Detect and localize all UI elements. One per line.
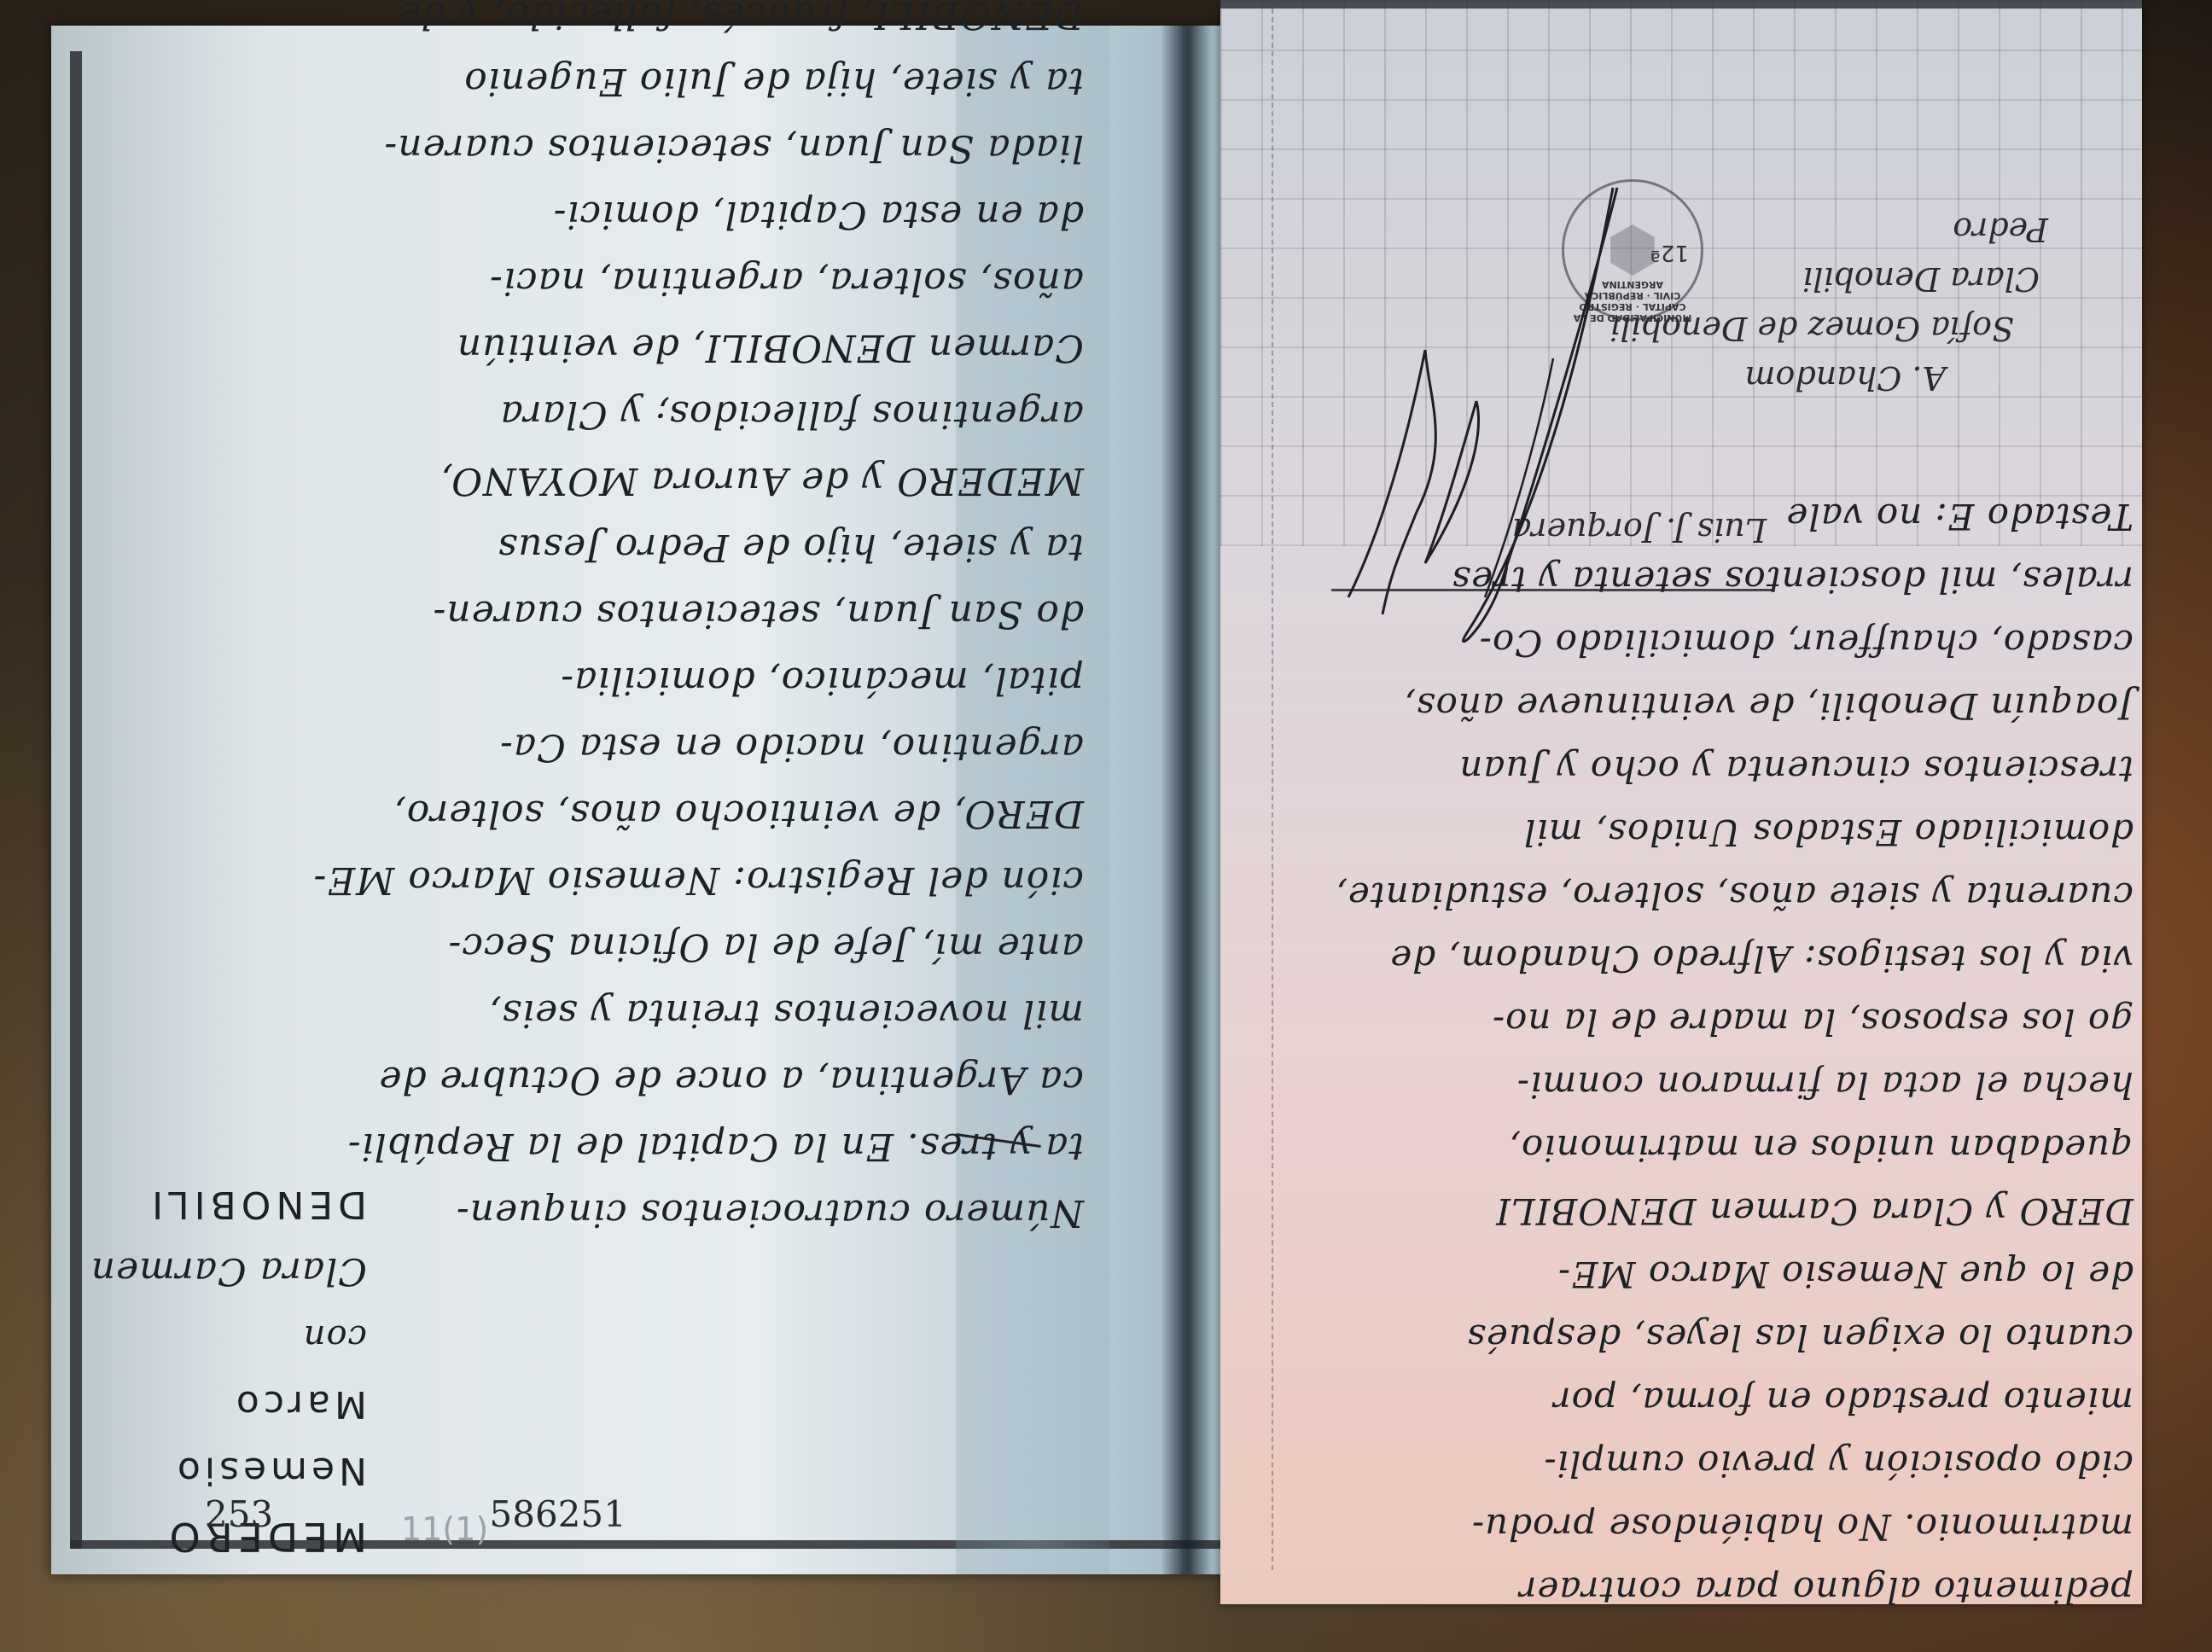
margin-line	[1272, 0, 1274, 1570]
text-line: años, soltera, argentina, naci-	[128, 247, 1084, 314]
pencil-note: 11(1)	[401, 1510, 488, 1548]
stamped-numbers: 253 586251	[205, 1493, 831, 1535]
text-line: DERO y Clara Carmen DENOBILI	[1314, 1179, 2133, 1242]
margin-connector: con	[128, 1304, 367, 1370]
text-line: MEDERO y de Aurora MOYANO,	[128, 447, 1084, 514]
text-line: ante mí, Jefe de la Oficina Secc-	[128, 913, 1084, 980]
text-line: do San Juan, setecientos cuaren-	[128, 580, 1084, 647]
text-line: via y los testigos: Alfredo Chandom, de	[1314, 927, 2133, 990]
margin-spouse-given: Clara Carmen	[128, 1237, 367, 1304]
folio-number: 253	[205, 1493, 273, 1535]
text-line: pedimento alguno para contraer	[1314, 1558, 2133, 1621]
margin-given-name-2: Marco	[128, 1370, 367, 1437]
groom-signature-scribble-icon	[1331, 154, 1758, 666]
margin-spouse-surname: DENOBILI	[128, 1171, 367, 1237]
book-spine	[1161, 26, 1212, 1574]
text-line: cuanto lo exigen las leyes, después	[1314, 1306, 2133, 1369]
text-line: matrimonio. No habiéndose produ-	[1314, 1495, 2133, 1558]
text-line: go los esposos, la madre de la no-	[1314, 990, 2133, 1053]
text-line: argentino, nacido en esta Ca-	[128, 713, 1084, 780]
text-line: ca Argentina, a once de Octubre de	[128, 1046, 1084, 1113]
text-line: DERO, de veintiocho años, soltero,	[128, 780, 1084, 846]
text-line: de lo que Nemesio Marco ME-	[1314, 1242, 2133, 1306]
text-line: argentinos fallecidos; y Clara	[128, 381, 1084, 447]
text-line: DENOBILI, francés, fallecido, y de	[128, 0, 1084, 48]
text-line: mil novecientos treinta y seis,	[128, 980, 1084, 1046]
text-line: Joaquín Denobili, de veintinueve años,	[1314, 674, 2133, 737]
text-line: domiciliado Estados Unidos, mil	[1314, 800, 2133, 864]
text-line: ta y tres. En la Capital de la Repúbli-	[128, 1113, 1084, 1179]
left-page-text: Número cuatrocientos cinquen- ta y tres.…	[128, 34, 1084, 1246]
text-line: ta y siete, hijo de Pedro Jesus	[128, 514, 1084, 580]
text-line: miento prestado en forma, por	[1314, 1369, 2133, 1432]
text-line: trescientos cincuenta y ocho y Juan	[1314, 737, 2133, 800]
page-frame-left	[70, 51, 82, 1549]
text-line: da en esta Capital, domici-	[128, 181, 1084, 247]
text-line: ción del Registro: Nemesio Marco ME-	[128, 846, 1084, 913]
text-line: quedaban unidos en matrimonio,	[1314, 1116, 2133, 1179]
text-line: pital, mecánico, domicilia-	[128, 647, 1084, 713]
text-line: hecha el acta la firmaron conmi-	[1314, 1053, 2133, 1116]
text-line: liada San Juan, setecientos cuaren-	[128, 114, 1084, 181]
text-line: cido oposición y previo cumpli-	[1314, 1432, 2133, 1495]
text-line: Carmen DENOBILI, de veintiún	[128, 314, 1084, 381]
text-line: cuarenta y siete años, soltero, estudian…	[1314, 864, 2133, 927]
page-frame-top	[1220, 0, 2142, 9]
text-line: ta y siete, hija de Julio Eugenio	[128, 48, 1084, 114]
acta-number: 586251	[490, 1493, 626, 1535]
